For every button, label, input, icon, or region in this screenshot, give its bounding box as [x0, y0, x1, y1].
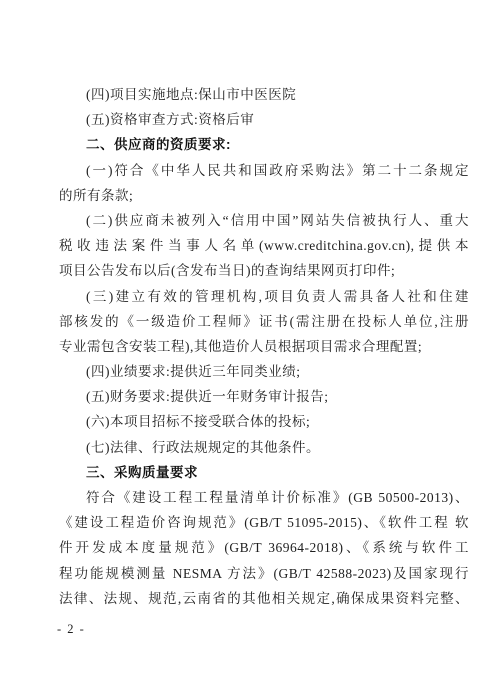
document-page: (四)项目实施地点:保山市中医医院 (五)资格审查方式:资格后审 二、供应商的资…	[0, 0, 489, 689]
paragraph-item-3-line-2: 部核发的《一级造价工程师》证书(需注册在投标人单位,注册	[59, 309, 469, 334]
section-heading-quality-requirements: 三、采购质量要求	[59, 460, 469, 485]
paragraph-standards-line-2: 《建设工程造价咨询规范》(GB/T 51095-2015)、《软件工程 软	[59, 510, 469, 535]
paragraph-qualification-review: (五)资格审查方式:资格后审	[59, 107, 469, 132]
paragraph-standards-line-3: 件开发成本度量规范》(GB/T 36964-2018)、《系统与软件工	[59, 535, 469, 560]
paragraph-item-6-consortium: (六)本项目招标不接受联合体的投标;	[59, 409, 469, 434]
paragraph-item-5-finance: (五)财务要求:提供近一年财务审计报告;	[59, 384, 469, 409]
document-body: (四)项目实施地点:保山市中医医院 (五)资格审查方式:资格后审 二、供应商的资…	[59, 82, 469, 611]
paragraph-item-4-performance: (四)业绩要求:提供近三年同类业绩;	[59, 359, 469, 384]
paragraph-standards-line-5: 法律、法规、规范,云南省的其他相关规定,确保成果资料完整、	[59, 586, 469, 611]
section-heading-supplier-requirements: 二、供应商的资质要求:	[59, 132, 469, 157]
page-number: - 2 -	[57, 622, 85, 637]
paragraph-item-7-other: (七)法律、行政法规规定的其他条件。	[59, 435, 469, 460]
paragraph-item-2-line-2: 税收违法案件当事人名单(www.creditchina.gov.cn),提供本	[59, 233, 469, 258]
paragraph-item-1-line-1: (一)符合《中华人民共和国政府采购法》第二十二条规定	[59, 158, 469, 183]
paragraph-item-1-line-2: 的所有条款;	[59, 183, 469, 208]
paragraph-project-location: (四)项目实施地点:保山市中医医院	[59, 82, 469, 107]
paragraph-item-3-line-3: 专业需包含安装工程),其他造价人员根据项目需求合理配置;	[59, 334, 469, 359]
paragraph-standards-line-4: 程功能规模测量 NESMA 方法》(GB/T 42588-2023)及国家现行	[59, 561, 469, 586]
paragraph-standards-line-1: 符合《建设工程工程量清单计价标准》(GB 50500-2013)、	[59, 485, 469, 510]
paragraph-item-2-line-1: (二)供应商未被列入“信用中国”网站失信被执行人、重大	[59, 208, 469, 233]
paragraph-item-3-line-1: (三)建立有效的管理机构,项目负责人需具备人社和住建	[59, 284, 469, 309]
paragraph-item-2-line-3: 项目公告发布以后(含发布当日)的查询结果网页打印件;	[59, 258, 469, 283]
